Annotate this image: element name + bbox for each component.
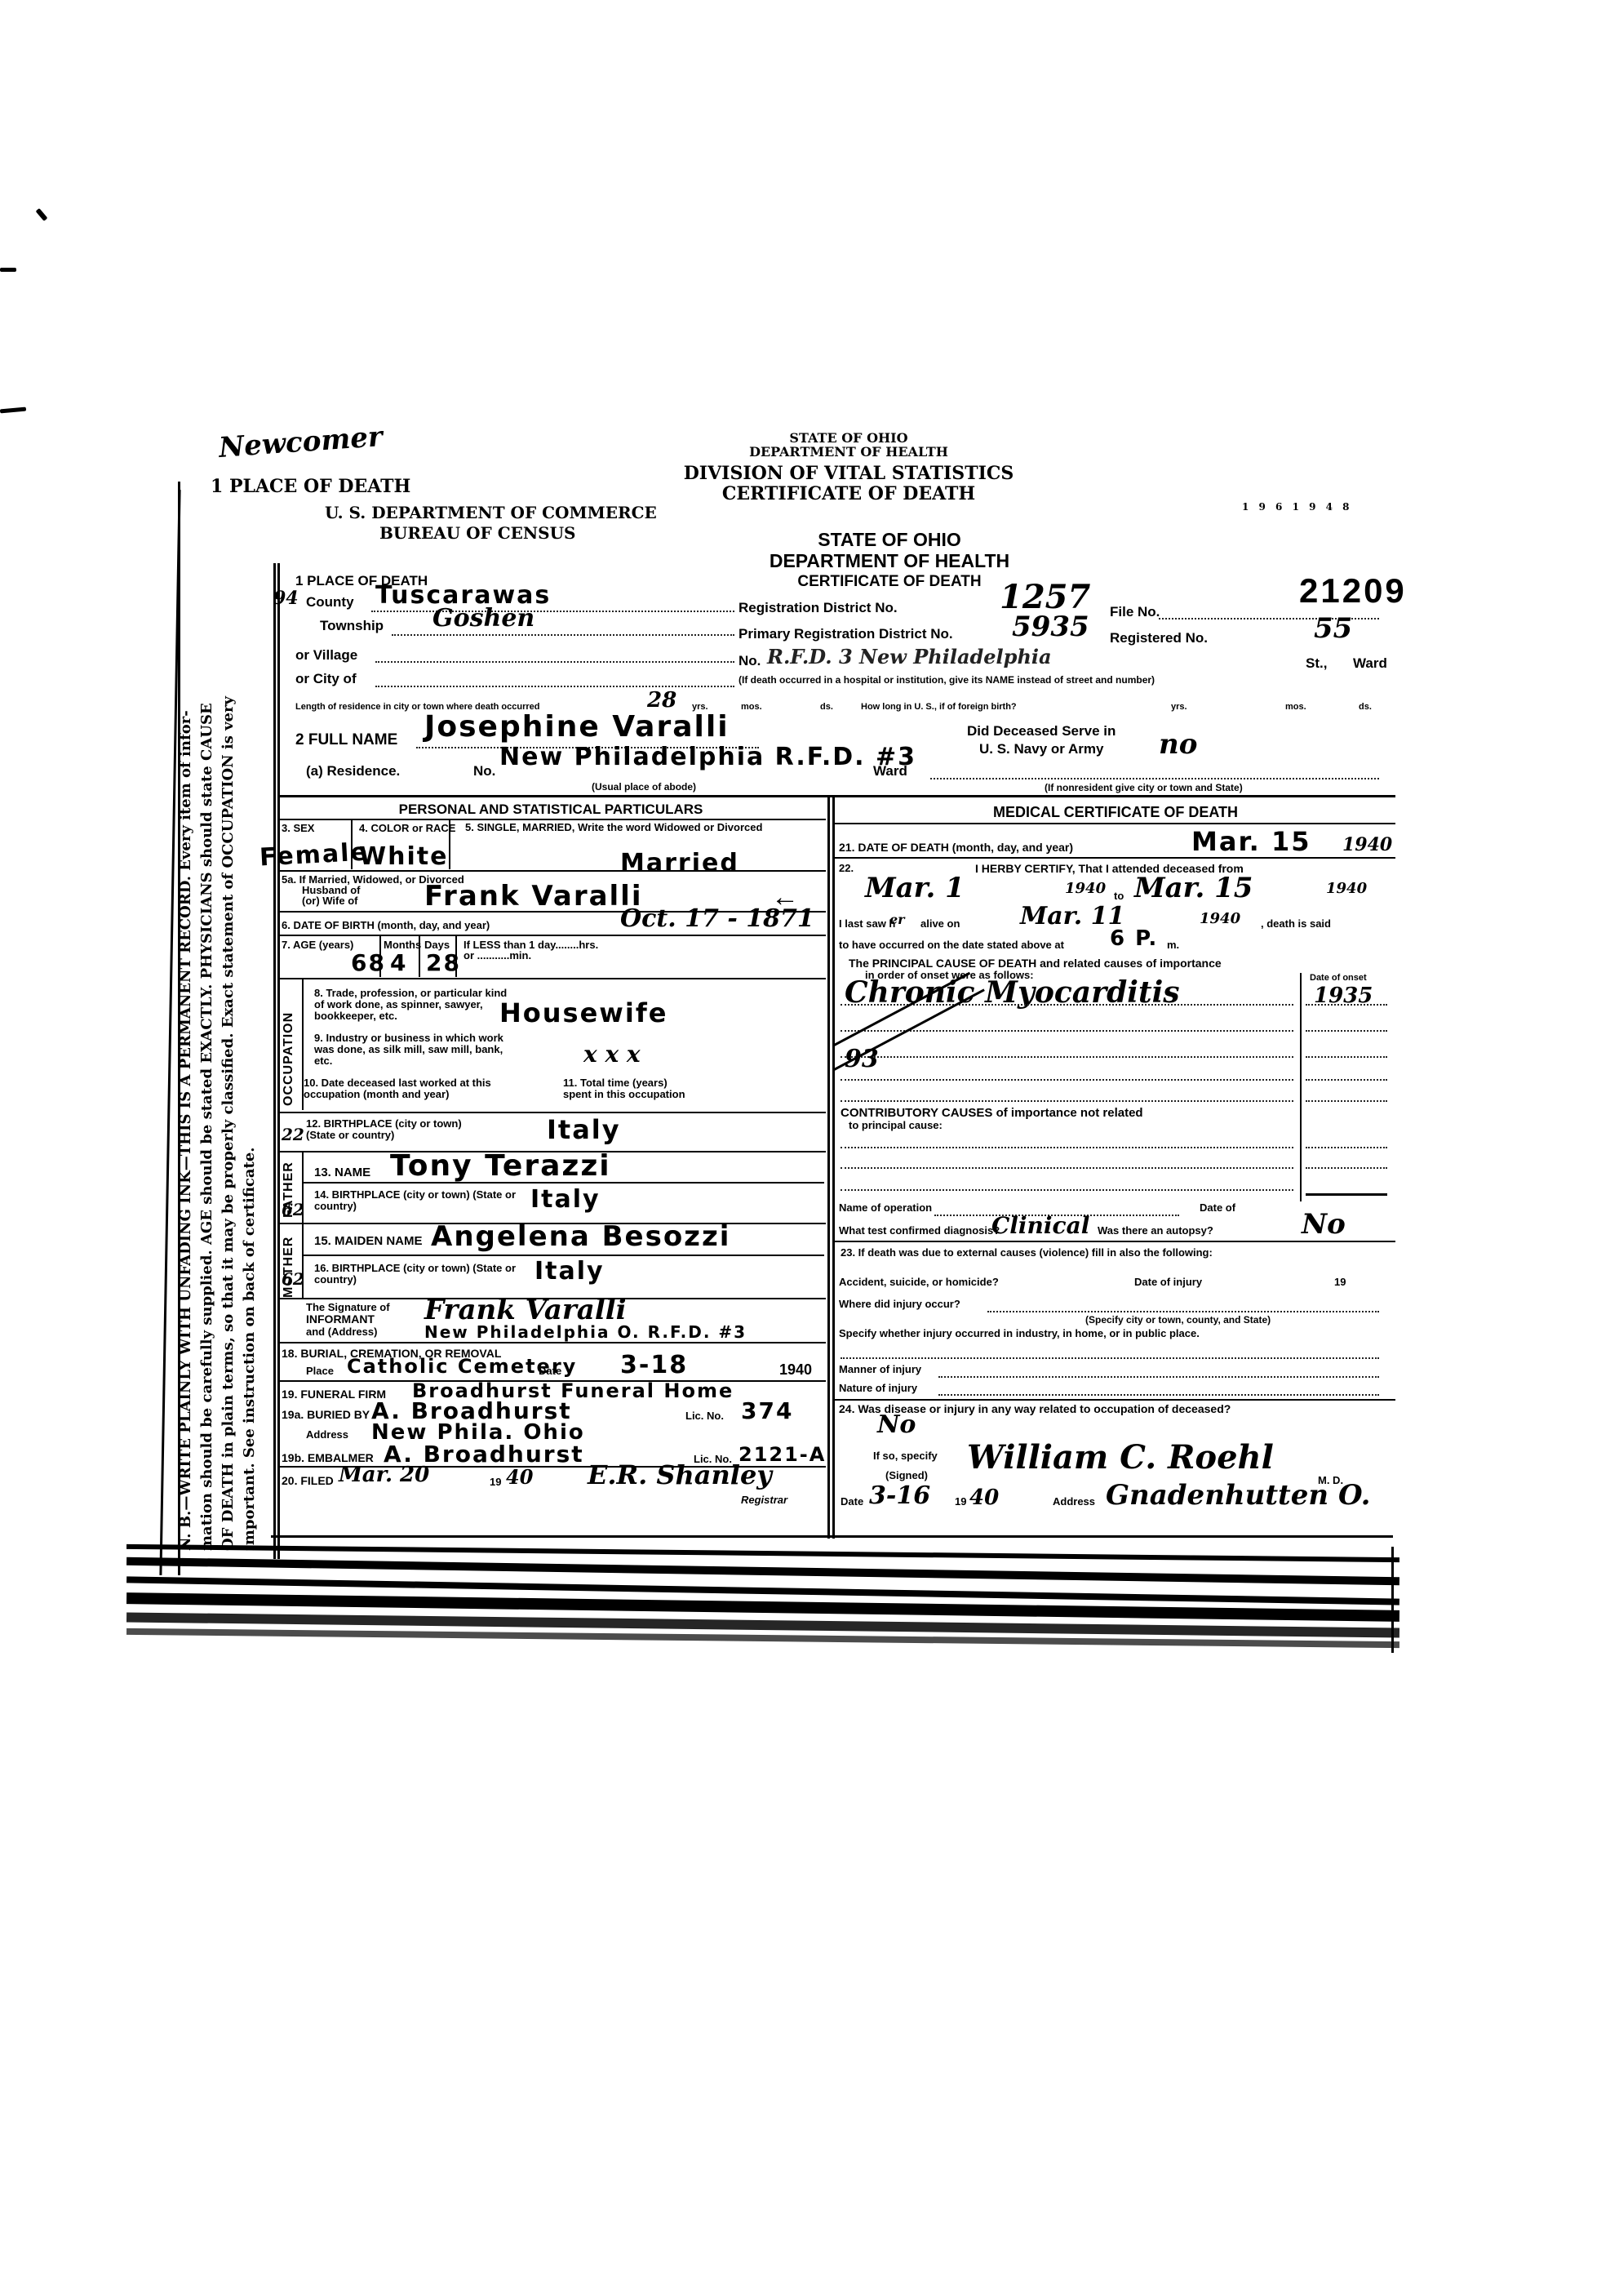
attended-to-year: 1940 [1326,880,1367,897]
injury-date-label: Date of injury [1134,1276,1202,1288]
test-value: Clinical [991,1212,1089,1239]
buried-by-label: 19a. BURIED BY [282,1408,370,1421]
military-label-2: U. S. Navy or Army [979,741,1103,757]
full-name-value: Josephine Varalli [424,710,730,744]
side-instructions-line: OF DEATH in plain terms, so that it may … [218,522,239,1551]
funeral-lic-value: 374 [741,1397,793,1424]
usual-abode-note: (Usual place of abode) [592,781,696,793]
age-months-value: 4 [390,949,407,976]
registrar-label: Registrar [741,1494,787,1506]
informant-address: New Philadelphia O. R.F.D. #3 [424,1322,747,1342]
military-value: no [1159,728,1197,761]
sex-value: Female [259,838,369,873]
time-of-death: 6 P. [1110,926,1158,951]
signed-date-label: Date [841,1495,863,1508]
birthplace-code: 22 [282,1125,304,1144]
ds-label: ds. [820,702,833,712]
occurred-label: to have occurred on the date stated abov… [839,939,1064,951]
side-instructions-line: important. See instruction on back of ce… [239,522,260,1551]
township-label: Township [320,618,384,634]
mother-birthplace-label: 16. BIRTHPLACE (city or town) (State or … [314,1263,518,1286]
city-label: or City of [295,671,357,687]
old-form-department: DEPARTMENT OF HEALTH [694,445,1004,459]
residence-value: New Philadelphia R.F.D. #3 [499,743,916,771]
injury-year: 19 [1334,1276,1346,1288]
yrs-label: yrs. [1171,702,1187,712]
personal-section-title: PERSONAL AND STATISTICAL PARTICULARS [277,802,824,818]
burial-date-value: 3-18 [620,1351,688,1379]
county-label: County [306,594,354,611]
last-worked-label: 10. Date deceased last worked at this oc… [304,1077,524,1100]
old-form-us-dept: U. S. DEPARTMENT OF COMMERCE [325,503,657,522]
informant-label-3: and (Address) [306,1326,377,1338]
funeral-lic-label: Lic. No. [685,1410,724,1422]
external-causes-label: 23. If death was due to external causes … [841,1247,1371,1259]
marital-value: Married [620,849,739,877]
mos-label: mos. [1285,702,1306,712]
father-birthplace-value: Italy [530,1185,601,1214]
primary-district-label: Primary Registration District No. [739,626,953,642]
mother-maiden-name-value: Angelena Besozzi [431,1220,730,1253]
hospital-note: (If death occurred in a hospital or inst… [739,674,1155,686]
occupation-section-label: OCCUPATION [282,1012,296,1106]
registrar-signature: E.R. Shanley [588,1459,772,1490]
scan-mark [0,268,16,272]
date-onset-label: Date of onset [1310,973,1367,983]
spouse-label-3: (or) Wife of [302,895,357,907]
military-label-1: Did Deceased Serve in [967,723,1116,739]
occupation-related-value: No [877,1410,916,1439]
certify-num: 22. [839,862,854,874]
scan-mark [0,407,26,414]
birthplace-value: Italy [547,1114,621,1145]
attended-from-year: 1940 [1065,880,1106,897]
signed-year: 40 [969,1486,999,1510]
physician-signature: William C. Roehl [967,1438,1274,1477]
last-saw-label: I last saw h [839,917,895,930]
attended-to: Mar. 15 [1134,872,1253,904]
street-no-value: R.F.D. 3 New Philadelphia [767,645,1052,668]
old-form-bureau: BUREAU OF CENSUS [379,523,576,543]
form-header: STATE OF OHIO DEPARTMENT OF HEALTH [710,529,1069,571]
funeral-firm-label: 19. FUNERAL FIRM [282,1388,386,1401]
side-instructions: N. B.—WRITE PLAINLY WITH UNFADING INK—TH… [175,522,260,1551]
trade-label: 8. Trade, profession, or particular kind… [314,988,518,1022]
filed-label: 20. FILED [282,1474,334,1487]
mother-birthplace-value: Italy [534,1257,605,1286]
village-label: or Village [295,647,357,664]
old-form-title: DIVISION OF VITAL STATISTICS CERTIFICATE… [620,464,1077,504]
street-no-label: No. [739,653,761,669]
contributory-label: CONTRIBUTORY CAUSES of importance not re… [841,1106,1143,1120]
color-value: White [359,842,448,871]
old-form-header: STATE OF OHIO DEPARTMENT OF HEALTH [694,431,1004,459]
date-of-death-label: 21. DATE OF DEATH (month, day, and year) [839,841,1073,854]
autopsy-label: Was there an autopsy? [1098,1224,1213,1237]
father-birthplace-label: 14. BIRTHPLACE (city or town) (State or … [314,1189,518,1212]
total-time-label: 11. Total time (years) spent in this occ… [563,1077,694,1100]
father-name-value: Tony Terazzi [390,1149,611,1183]
last-saw-her: er [889,912,905,927]
filed-date: Mar. 20 [339,1463,429,1487]
last-saw-year: 1940 [1200,910,1240,927]
age-days-value: 28 [426,949,461,976]
file-number-stamp: 21209 [1299,571,1407,611]
top-note: Newcomer [218,420,384,464]
alive-on-label: alive on [920,917,960,930]
side-instructions-line: mation should be carefully supplied. AGE… [197,522,218,1551]
father-name-label: 13. NAME [314,1166,370,1179]
marital-label: 5. SINGLE, MARRIED, Write the word Widow… [465,822,808,833]
signed-date: 3-16 [869,1481,930,1510]
spouse-value: Frank Varalli [424,880,643,913]
old-form-faded-number: 1 9 6 1 9 4 8 [1242,501,1353,513]
form-border-bottom [271,1535,1393,1538]
date-of-death-year: 1940 [1342,834,1392,855]
age-label: 7. AGE (years) [282,939,353,951]
dob-label: 6. DATE OF BIRTH (month, day, and year) [282,919,490,931]
medical-title: MEDICAL CERTIFICATE OF DEATH [834,804,1397,821]
burial-date-label: Date [539,1365,561,1377]
mother-maiden-name-label: 15. MAIDEN NAME [314,1234,423,1248]
to-label: to [1114,890,1124,902]
informant-signature: Frank Varalli [424,1294,627,1326]
where-note: (Specify city or town, county, and State… [1085,1314,1271,1326]
residence-label: (a) Residence. [306,763,400,779]
specify-label: Specify whether injury occurred in indus… [839,1327,1200,1339]
form-border-left [273,563,276,1559]
physician-address-label: Address [1053,1495,1095,1508]
informant-label-2: INFORMANT [306,1312,375,1326]
margin-code: 94 [273,588,299,609]
dob-value: Oct. 17 - 1871 [620,904,814,933]
registered-no-label: Registered No. [1110,630,1208,646]
mother-birthplace-code: 62 [282,1269,304,1289]
industry-value: x x x [583,1041,641,1068]
registered-no-value: 55 [1314,612,1352,645]
residence-ward-label: Ward [873,763,907,779]
m-label: m. [1167,939,1179,951]
accident-label: Accident, suicide, or homicide? [839,1276,999,1288]
operation-label: Name of operation [839,1201,932,1214]
form-border-left-inner [277,563,280,1559]
ds-label: ds. [1359,702,1372,712]
less-than-min: or ...........min. [464,949,531,961]
length-residence-value: 28 [647,688,676,713]
sex-label: 3. SEX [282,822,314,834]
father-birthplace-code: 62 [282,1200,304,1219]
contributory-label-2: to principal cause: [849,1119,943,1131]
signed-label: (Signed) [885,1469,928,1481]
ward-label: Ward [1353,655,1387,672]
side-instructions-line: N. B.—WRITE PLAINLY WITH UNFADING INK—TH… [175,522,197,1551]
industry-label: 9. Industry or business in which work wa… [314,1033,518,1067]
how-long-us-label: How long in U. S., if of foreign birth? [861,702,1017,712]
form-state: STATE OF OHIO [710,529,1069,550]
primary-district-value: 5935 [1012,611,1089,643]
burial-place-label: Place [306,1365,334,1377]
full-name-label: 2 FULL NAME [295,731,397,749]
registration-district-label: Registration District No. [739,600,898,616]
old-form-division: DIVISION OF VITAL STATISTICS [620,464,1077,484]
form-department: DEPARTMENT OF HEALTH [710,550,1069,571]
mos-label: mos. [741,702,762,712]
burial-year: 1940 [779,1361,812,1379]
old-form-place-of-death: 1 PLACE OF DEATH [211,476,410,497]
page-stack-right-edge [1391,1547,1394,1653]
test-label: What test confirmed diagnosis? [839,1224,1000,1237]
column-divider [827,796,830,1539]
nature-label: Nature of injury [839,1382,917,1394]
funeral-address-label: Address [306,1428,348,1441]
informant-label-1: The Signature of [306,1301,390,1313]
color-label: 4. COLOR or RACE [359,822,441,834]
nonresident-note: (If nonresident give city or town and St… [1045,782,1243,793]
column-divider [832,796,835,1539]
principal-cause-label: The PRINCIPAL CAUSE OF DEATH and related… [849,957,1222,970]
physician-address: Gnadenhutten O. [1106,1479,1370,1512]
attended-from: Mar. 1 [865,872,965,904]
filed-year-prefix: 19 [490,1476,501,1488]
township-value: Goshen [432,604,534,633]
old-form-state: STATE OF OHIO [694,431,1004,445]
death-said-label: , death is said [1261,917,1331,930]
residence-no-label: No. [473,763,495,779]
scan-mark [36,208,48,221]
file-no-label: File No. [1110,604,1160,620]
st-label: St., [1306,655,1327,672]
where-label: Where did injury occur? [839,1298,960,1310]
operation-date-label: Date of [1200,1201,1235,1214]
trade-value: Housewife [499,997,668,1028]
old-form-certificate: CERTIFICATE OF DEATH [620,484,1077,504]
if-so-label: If so, specify [873,1450,938,1462]
age-years-value: 68 [351,949,386,976]
birthplace-label: 12. BIRTHPLACE (city or town) (State or … [306,1118,494,1141]
date-of-death-value: Mar. 15 [1191,826,1311,857]
signed-year-prefix: 19 [955,1495,966,1508]
manner-label: Manner of injury [839,1363,921,1375]
autopsy-value: No [1302,1208,1346,1241]
filed-year: 40 [506,1465,533,1489]
